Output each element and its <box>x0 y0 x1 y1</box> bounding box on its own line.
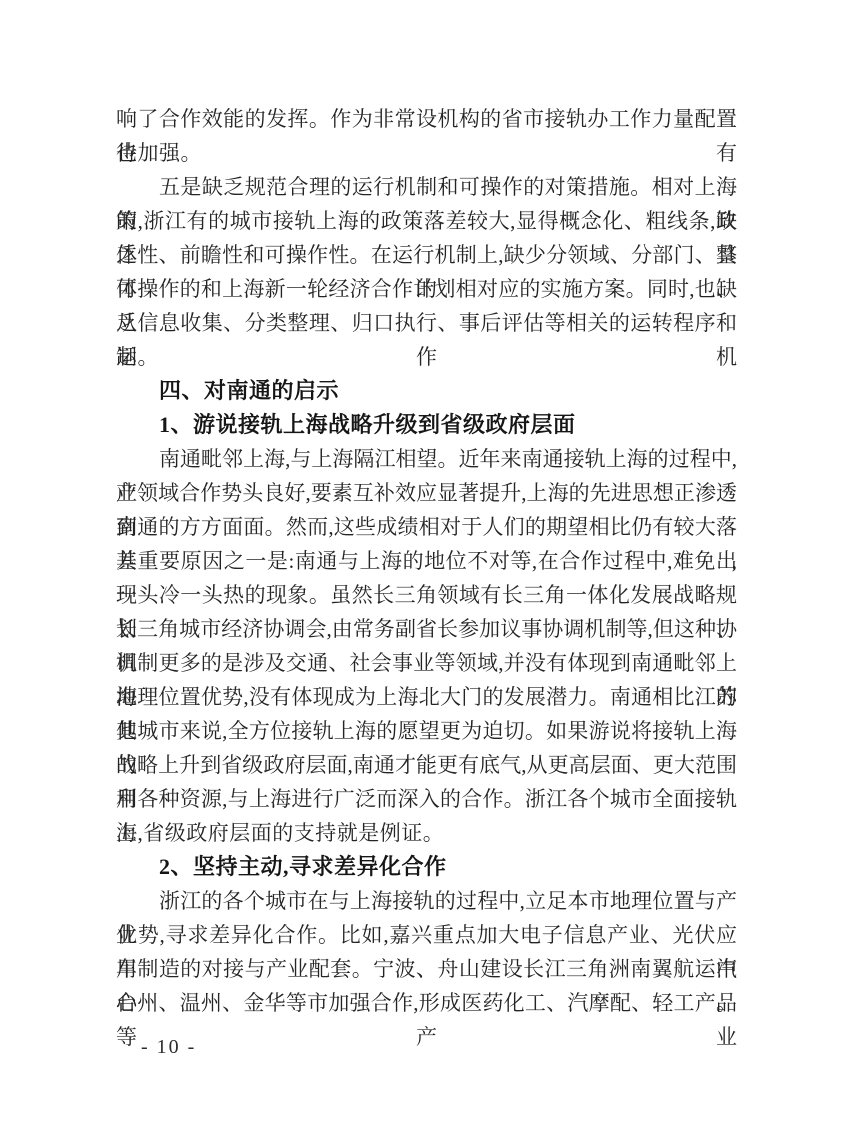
text-line: 可操作的和上海新一轮经济合作计划相对应的实施方案。同时,也缺乏 <box>116 272 737 306</box>
text-line: 机制更多的是涉及交通、社会事业等领域,并没有体现到南通毗邻上海的 <box>116 646 737 680</box>
text-line: 车制造的对接与产业配套。宁波、舟山建设长江三角洲南翼航运中心。 <box>116 952 737 986</box>
text-line: 一头冷一头热的现象。虽然长三角领域有长三角一体化发展战略规划、 <box>116 578 737 612</box>
text-line: 优势,寻求差异化合作。比如,嘉兴重点加大电子信息产业、光伏应用、汽 <box>116 918 737 952</box>
subsection-heading: 1、游说接轨上海战略升级到省级政府层面 <box>116 408 737 442</box>
text-line: 战略上升到省级政府层面,南通才能更有底气,从更高层面、更大范围利 <box>116 748 737 782</box>
document-page: 响了合作效能的发挥。作为非常设机构的省市接轨办工作力量配置也有 待加强。 五是缺… <box>0 0 850 1146</box>
text-line: 用各种资源,与上海进行广泛而深入的合作。浙江各个城市全面接轨上 <box>116 782 737 816</box>
text-line: 地理位置优势,没有体现成为上海北大门的发展潜力。南通相比江苏其 <box>116 680 737 714</box>
text-line: 其重要原因之一是:南通与上海的地位不对等,在合作过程中,难免出现 <box>116 544 737 578</box>
text-line: 南通的方方面面。然而,这些成绩相对于人们的期望相比仍有较大落差, <box>116 510 737 544</box>
page-number: - 10 - <box>141 1036 196 1059</box>
text-line: 南通毗邻上海,与上海隔江相望。近年来南通接轨上海的过程中,产 <box>116 442 737 476</box>
text-line: 五是缺乏规范合理的运行机制和可操作的对策措施。相对上海的政 <box>116 170 737 204</box>
text-line: 响了合作效能的发挥。作为非常设机构的省市接轨办工作力量配置也有 <box>116 102 737 136</box>
text-line: 长三角城市经济协调会,由常务副省长参加议事协调机制等,但这种协调 <box>116 612 737 646</box>
subsection-heading: 2、坚持主动,寻求差异化合作 <box>116 850 737 884</box>
text-line: 策,浙江有的城市接轨上海的政策落差较大,显得概念化、粗线条,缺乏整 <box>116 204 737 238</box>
section-heading: 四、对南通的启示 <box>116 374 737 408</box>
text-line: 体性、前瞻性和可操作性。在运行机制上,缺少分领域、分部门、具体的、 <box>116 238 737 272</box>
text-line: 他城市来说,全方位接轨上海的愿望更为迫切。如果游说将接轨上海的 <box>116 714 737 748</box>
text-line: 浙江的各个城市在与上海接轨的过程中,立足本市地理位置与产业 <box>116 884 737 918</box>
text-line: 从信息收集、分类整理、归口执行、事后评估等相关的运转程序和运作机 <box>116 306 737 340</box>
text-line: 业领域合作势头良好,要素互补效应显著提升,上海的先进思想正渗透到 <box>116 476 737 510</box>
text-line: 海,省级政府层面的支持就是例证。 <box>116 816 737 850</box>
text-line: 台州、温州、金华等市加强合作,形成医药化工、汽摩配、轻工产品等产业 <box>116 986 737 1020</box>
text-block: 响了合作效能的发挥。作为非常设机构的省市接轨办工作力量配置也有 待加强。 五是缺… <box>116 102 737 1020</box>
